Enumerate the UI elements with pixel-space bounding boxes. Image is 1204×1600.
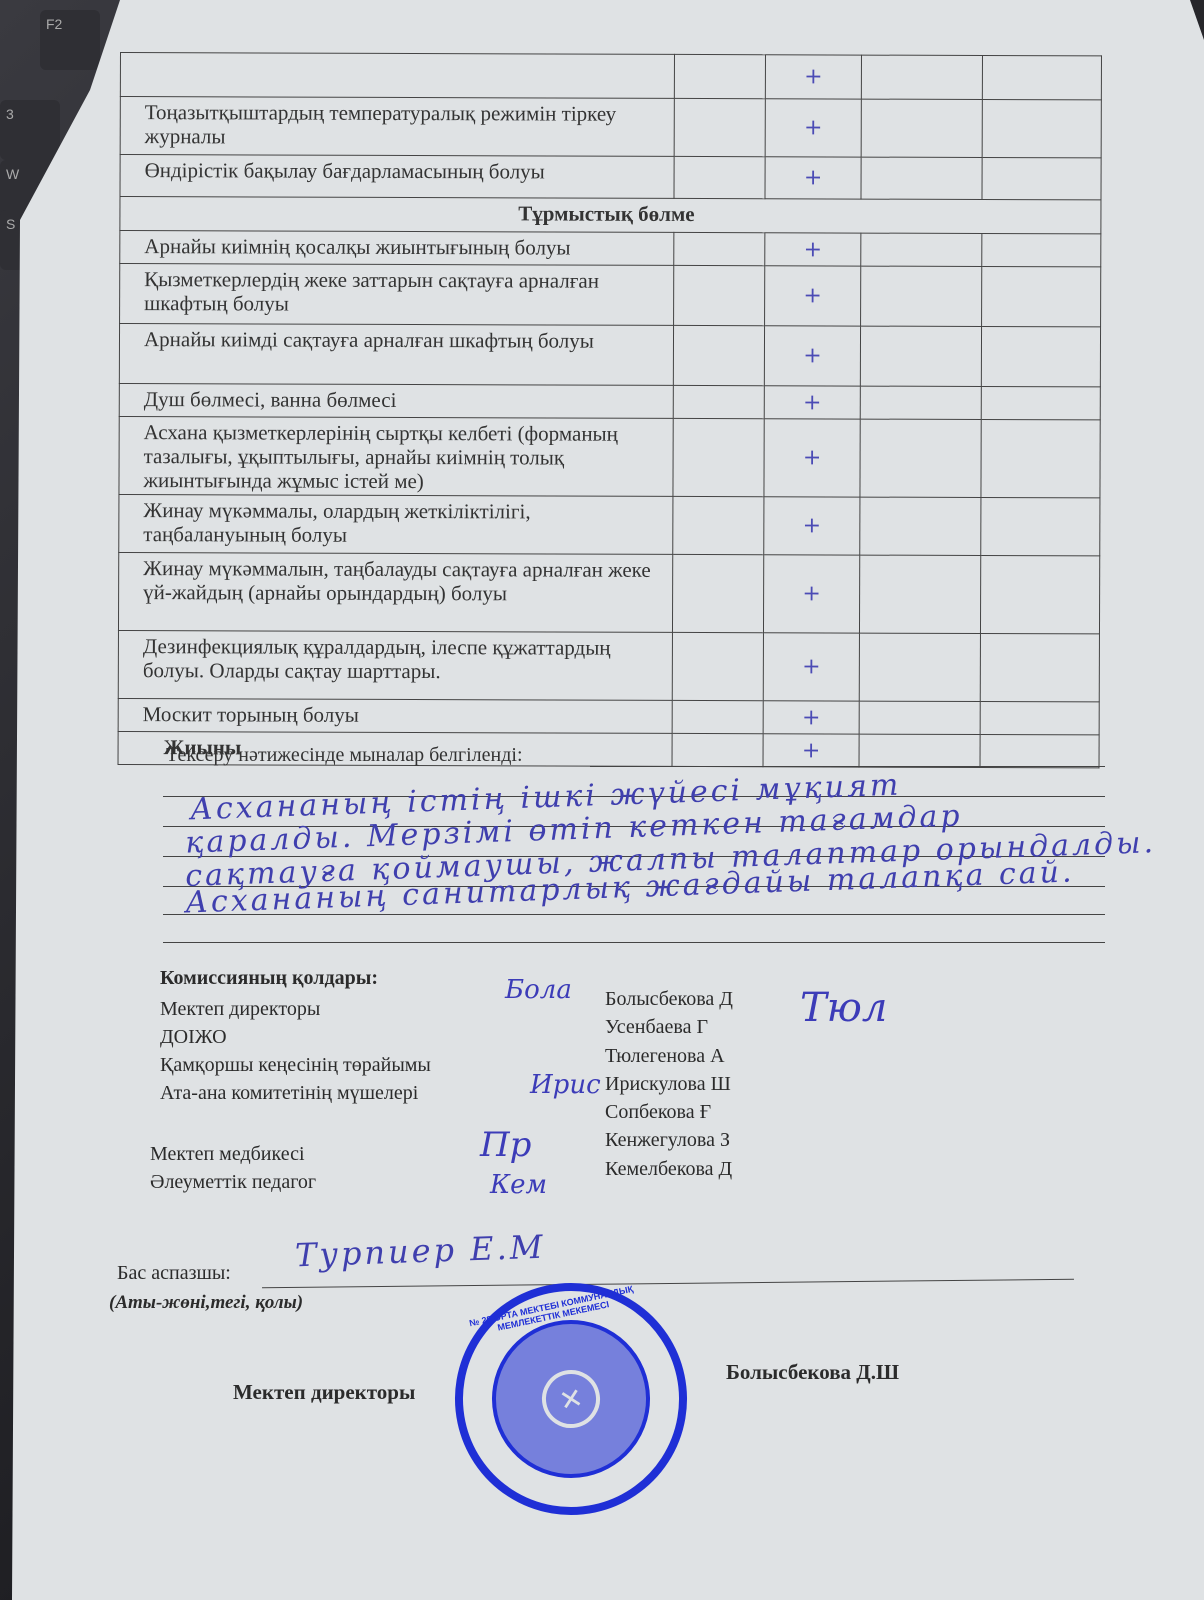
check-mark: + — [804, 237, 823, 262]
stamp-emblem: ✕ — [477, 1305, 664, 1492]
mark-cell — [980, 702, 1099, 735]
criterion-label: Арнайы киімді сақтауға арналған шкафтың … — [119, 324, 673, 386]
table-row: Арнайы киімді сақтауға арналған шкафтың … — [119, 324, 1100, 387]
mark-cell: + — [765, 266, 861, 326]
mark-cell: + — [764, 386, 860, 419]
criterion-label: Душ бөлмесі, ванна бөлмесі — [119, 383, 673, 418]
mark-cell: + — [765, 99, 861, 157]
role: Қамқоршы кеңесінің төрайымы — [160, 1051, 431, 1079]
criterion-label: Жинау мүкәммалы, олардың жеткіліктілігі,… — [119, 494, 673, 554]
mark-cell — [981, 327, 1100, 387]
role: Ата-ана комитетінің мүшелері — [160, 1079, 431, 1107]
member-name: Болысбекова Д — [605, 985, 733, 1013]
mark-cell — [982, 234, 1101, 267]
mark-cell: + — [763, 633, 859, 701]
mark-cell — [672, 733, 763, 766]
check-mark: + — [803, 343, 822, 368]
table-row: Тоңазытқыштардың температуралық режимін … — [120, 97, 1101, 158]
member-name: Кемелбекова Д — [605, 1155, 733, 1183]
mark-cell — [672, 700, 763, 733]
criterion-label: Москит торының болуы — [118, 698, 672, 733]
check-mark: + — [803, 283, 822, 308]
mark-cell — [861, 157, 982, 199]
check-mark: + — [802, 654, 821, 679]
mark-cell — [673, 418, 764, 496]
chef-label: Бас аспазшы: — [117, 1262, 231, 1285]
commission-names: Болысбекова Д Усенбаева Г Тюлегенова А И… — [605, 985, 733, 1183]
mark-cell — [859, 701, 980, 734]
role: Мектеп медбикесі — [150, 1140, 316, 1168]
criterion-label: Тоңазытқыштардың температуралық режимін … — [120, 97, 674, 157]
mark-cell: + — [764, 419, 860, 497]
mark-cell — [861, 99, 982, 157]
table-row: Душ бөлмесі, ванна бөлмесі+ — [119, 383, 1100, 419]
mark-cell — [860, 386, 981, 419]
check-mark: + — [803, 445, 822, 470]
mark-cell — [673, 496, 764, 554]
mark-cell: + — [763, 734, 859, 767]
mark-cell — [860, 326, 981, 386]
mark-cell — [980, 735, 1099, 768]
role: ДОІЖО — [160, 1023, 431, 1051]
check-mark: + — [803, 390, 822, 415]
mark-cell — [861, 233, 982, 266]
role: Мектеп директоры — [160, 995, 431, 1023]
mark-cell — [980, 556, 1099, 634]
director-name: Болысбекова Д.Ш — [726, 1360, 899, 1385]
check-mark: + — [804, 64, 823, 89]
mark-cell — [859, 555, 980, 633]
emblem-icon: ✕ — [537, 1365, 606, 1434]
mark-cell: + — [765, 55, 861, 99]
mark-cell — [859, 633, 980, 701]
mark-cell: + — [765, 233, 861, 266]
member-name: Сопбекова Ғ — [605, 1098, 733, 1126]
mark-cell — [673, 325, 764, 385]
mark-cell — [981, 387, 1100, 420]
table-row: Арнайы киімнің қосалқы жиынтығының болуы… — [120, 231, 1101, 267]
mark-cell — [674, 54, 765, 98]
table-row: Қызметкерлердің жеке заттарын сақтауға а… — [120, 264, 1101, 327]
signature: Тюл — [800, 985, 887, 1031]
mark-cell — [674, 232, 765, 265]
commission-title: Комиссияның қолдары: — [160, 967, 378, 990]
mark-cell — [861, 266, 982, 326]
document: +Тоңазытқыштардың температуралық режимін… — [0, 0, 1204, 1600]
director-label: Мектеп директоры — [233, 1380, 415, 1405]
mark-cell — [672, 632, 763, 700]
mark-cell — [980, 634, 1099, 702]
mark-cell — [982, 267, 1101, 327]
check-mark: + — [802, 738, 821, 763]
mark-cell — [982, 158, 1101, 200]
chef-note: (Аты-жөні,тегі, қолы) — [109, 1292, 303, 1314]
member-name: Тюлегенова А — [605, 1042, 733, 1070]
commission-roles: Мектеп директоры ДОІЖО Қамқоршы кеңесіні… — [160, 995, 431, 1107]
role: Әлеуметтік педагог — [150, 1168, 316, 1196]
mark-cell — [860, 419, 981, 497]
signature: Пр — [480, 1125, 531, 1165]
criterion-label: Дезинфекциялық құралдардың, ілеспе құжат… — [118, 630, 672, 700]
criterion-label — [120, 53, 674, 99]
signature: Ирис — [530, 1070, 601, 1100]
mark-cell — [674, 156, 765, 198]
check-mark: + — [804, 165, 823, 190]
mark-cell — [674, 265, 765, 325]
mark-cell — [981, 420, 1100, 498]
member-name: Ирискулова Ш — [605, 1070, 733, 1098]
table-section-row: Тұрмыстық бөлме — [120, 197, 1101, 234]
mark-cell: + — [765, 157, 861, 199]
checklist-table: +Тоңазытқыштардың температуралық режимін… — [118, 52, 1102, 768]
mark-cell — [861, 55, 982, 99]
criterion-label: Қызметкерлердің жеке заттарын сақтауға а… — [120, 264, 674, 326]
check-mark: + — [802, 581, 821, 606]
mark-cell — [982, 100, 1101, 158]
check-mark: + — [803, 513, 822, 538]
chef-signature-line — [262, 1279, 1074, 1289]
table-row: + — [120, 53, 1101, 100]
findings-label: Тексеру нәтижесінде мыналар белгіленді: — [166, 744, 523, 767]
section-heading: Тұрмыстық бөлме — [120, 197, 1101, 234]
criterion-label: Өндірістік бақылау бағдарламасының болуы — [120, 155, 674, 199]
table-row: Жинау мүкәммалын, таңбалауды сақтауға ар… — [118, 552, 1099, 633]
table-row: Жинау мүкәммалы, олардың жеткіліктілігі,… — [119, 494, 1100, 555]
member-name: Кенжегулова З — [605, 1126, 733, 1154]
mark-cell: + — [763, 701, 859, 734]
mark-cell — [982, 56, 1101, 100]
criterion-label: Арнайы киімнің қосалқы жиынтығының болуы — [120, 231, 674, 266]
mark-cell — [860, 497, 981, 555]
mark-cell — [673, 385, 764, 418]
signature: Бола — [505, 975, 572, 1005]
signature: Кем — [490, 1170, 547, 1200]
check-mark: + — [802, 705, 821, 730]
official-stamp: № 28 ОРТА МЕКТЕБІ КОММУНАЛДЫҚ МЕМЛЕКЕТТІ… — [433, 1261, 708, 1536]
mark-cell — [674, 98, 765, 156]
mark-cell — [672, 554, 763, 632]
mark-cell: + — [763, 555, 859, 633]
mark-cell: + — [764, 497, 860, 555]
criterion-label: Жинау мүкәммалын, таңбалауды сақтауға ар… — [118, 552, 672, 632]
findings-rule — [163, 942, 1105, 943]
commission-roles-secondary: Мектеп медбикесі Әлеуметтік педагог — [150, 1140, 316, 1196]
criterion-label: Асхана қызметкерлерінің сыртқы келбеті (… — [119, 416, 673, 496]
member-name: Усенбаева Г — [605, 1013, 733, 1041]
mark-cell — [981, 498, 1100, 556]
findings-rule — [590, 766, 1105, 767]
mark-cell: + — [764, 326, 860, 386]
check-mark: + — [804, 115, 823, 140]
table-row: Өндірістік бақылау бағдарламасының болуы… — [120, 155, 1101, 200]
table-row: Асхана қызметкерлерінің сыртқы келбеті (… — [119, 416, 1100, 497]
table-row: Москит торының болуы+ — [118, 698, 1099, 734]
mark-cell — [859, 734, 980, 767]
table-row: Дезинфекциялық құралдардың, ілеспе құжат… — [118, 630, 1099, 701]
chef-handwritten-name: Турпиер Е.М — [294, 1228, 546, 1275]
